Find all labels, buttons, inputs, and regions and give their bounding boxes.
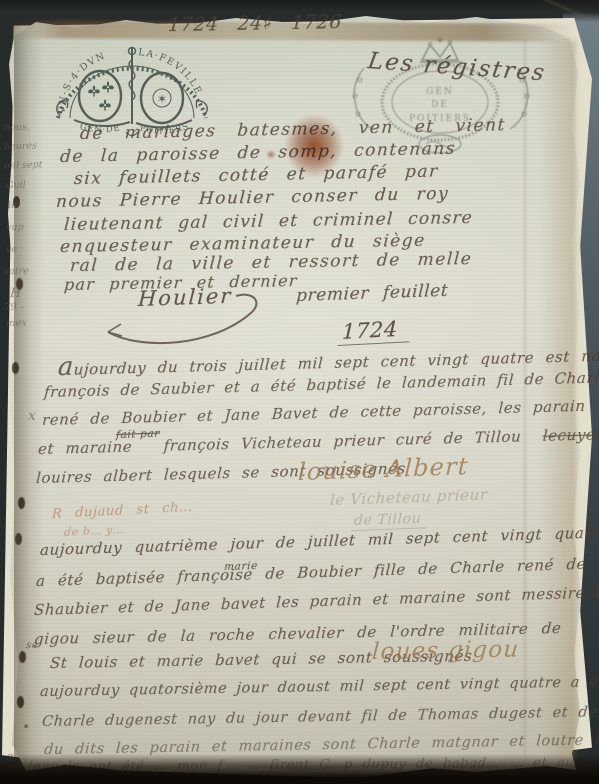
margin-word: se bbox=[26, 640, 39, 651]
margin-note: Guil bbox=[6, 180, 26, 192]
margin-note: H bbox=[10, 286, 22, 301]
margin-note: mil sept bbox=[4, 159, 43, 171]
margin-note: uatre bbox=[3, 266, 29, 278]
top-years-annotation: 1724 24♯ 1726 bbox=[167, 11, 342, 36]
gigou-signature: loues gigou bbox=[371, 636, 520, 665]
stamp-right-line1: GEN bbox=[426, 87, 454, 97]
year-heading: 1724 bbox=[338, 316, 411, 344]
line-fragment: et maraine bbox=[37, 438, 132, 459]
margin-note: ve bbox=[6, 244, 17, 255]
binding-gutter bbox=[14, 22, 44, 770]
year-heading-text: 1724 bbox=[338, 316, 411, 346]
margin-note: heures bbox=[4, 140, 37, 152]
svg-text:LA·FEVILLE: LA·FEVILLE bbox=[138, 47, 204, 97]
margin-note: lo bbox=[8, 200, 17, 211]
margin-x-mark: x bbox=[28, 408, 36, 424]
stamp-arc-text-right: LA·FEVILLE bbox=[138, 47, 204, 97]
faded-signature-text: de Tillou bbox=[351, 510, 427, 531]
ink-stain-small bbox=[266, 150, 276, 159]
manuscript-photo: ✶ VN·S·4·DVN LA·FEVILLE GEN·DE POITIERS bbox=[0, 0, 599, 784]
margin-bullet: • bbox=[21, 720, 31, 735]
rosette-icon: ✶ bbox=[157, 92, 167, 106]
margin-note: 79 – bbox=[4, 302, 25, 314]
faded-signature: de Tillou bbox=[352, 510, 428, 529]
margin-note: vup bbox=[6, 222, 24, 234]
photo-background-bottom bbox=[0, 754, 599, 784]
struck-word: lecuyer bbox=[542, 425, 599, 445]
louise-albert-signature: louise Albert bbox=[297, 452, 469, 486]
margin-note: mex bbox=[6, 318, 27, 330]
stamp-right-line2: DE bbox=[431, 100, 449, 110]
margin-note: nous, bbox=[4, 122, 30, 134]
houlier-signature: Houlier bbox=[137, 284, 233, 311]
